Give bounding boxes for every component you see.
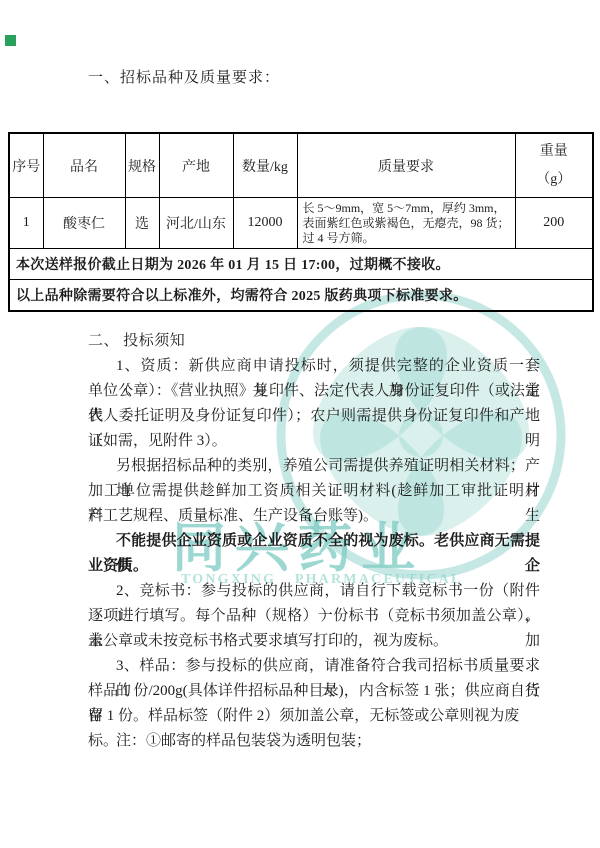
- col-header-name: 品名: [43, 133, 125, 198]
- col-header-weight-line1: 重量: [516, 142, 593, 162]
- notice-line: 2、竞标书：参与投标的供应商，请自行下载竞标书一份（附件 1），: [88, 579, 540, 604]
- tender-items-table: 序号 品名 规格 产地 数量/kg 质量要求 重量 （g） 1 酸枣仁 选 河北…: [8, 132, 594, 312]
- col-header-qty: 数量/kg: [233, 133, 297, 198]
- notice-line: 单位公章）：《营业执照》复印件、法定代表人身份证复印件（或法定代: [88, 379, 540, 404]
- notice-line: 逐项进行填写。每个品种（规格）一份标书（竞标书须加盖公章）。未加: [88, 604, 540, 629]
- green-corner-marker: [5, 35, 16, 46]
- table-row: 1 酸枣仁 选 河北/山东 12000 长 5～9mm，宽 5～7mm，厚约 3…: [9, 198, 593, 249]
- footnote-standard: 以上品种除需要符合以上标准外，均需符合 2025 版药典项下标准要求。: [9, 280, 593, 312]
- table-footnote-row: 本次送样报价截止日期为 2026 年 01 月 15 日 17:00，过期概不接…: [9, 249, 593, 280]
- notice-section: 二、 投标须知 1、资质：新供应商申请投标时，须提供完整的企业资质一套（并加盖单…: [88, 329, 540, 754]
- cell-origin: 河北/山东: [159, 198, 233, 249]
- notice-line: 1、资质：新供应商申请投标时，须提供完整的企业资质一套（并加盖: [88, 354, 540, 379]
- cell-quality: 长 5～9mm，宽 5～7mm，厚约 3mm，表面紫红色或紫褐色，无瘪壳，98 …: [297, 198, 515, 249]
- cell-grade: 选: [125, 198, 159, 249]
- col-header-grade: 规格: [125, 133, 159, 198]
- col-header-weight: 重量 （g）: [515, 133, 593, 198]
- footnote-deadline: 本次送样报价截止日期为 2026 年 01 月 15 日 17:00，过期概不接…: [9, 249, 593, 280]
- notice-line: 不能提供企业资质或企业资质不全的视为废标。老供应商无需提供企: [88, 529, 540, 554]
- table-header-row: 序号 品名 规格 产地 数量/kg 质量要求 重量 （g）: [9, 133, 593, 198]
- col-header-no: 序号: [9, 133, 43, 198]
- notice-line: 3、样品：参与投标的供应商，请准备符合我司招标书质量要求的大货: [88, 654, 540, 679]
- section2-title: 二、 投标须知: [88, 329, 540, 354]
- notice-line: 存 1 份。样品标签（附件 2）须加盖公章，无标签或公章则视为废标。: [88, 704, 540, 729]
- notice-line: 表人委托证明及身份证复印件）；农户则需提供身份证复印件和产地证明: [88, 404, 540, 429]
- notice-line: 加工单位需提供趁鲜加工资质相关证明材料(趁鲜加工审批证明材料、生: [88, 479, 540, 504]
- col-header-weight-line2: （g）: [516, 170, 593, 190]
- table-footnote-row: 以上品种除需要符合以上标准外，均需符合 2025 版药典项下标准要求。: [9, 280, 593, 312]
- cell-no: 1: [9, 198, 43, 249]
- document-page: { "marker_color": "#2aa05d", "watermark"…: [0, 0, 600, 848]
- cell-qty: 12000: [233, 198, 297, 249]
- cell-weight: 200: [515, 198, 593, 249]
- col-header-quality: 质量要求: [297, 133, 515, 198]
- cell-name: 酸枣仁: [43, 198, 125, 249]
- notice-line: 注：①邮寄的样品包装袋为透明包装；: [88, 729, 540, 754]
- notice-line: 另根据招标品种的类别，养殖公司需提供养殖证明相关材料；产地片: [88, 454, 540, 479]
- notice-line: 样品 1 份/200g(具体详件招标品种目录)，内含标签 1 张；供应商自行留: [88, 679, 540, 704]
- col-header-origin: 产地: [159, 133, 233, 198]
- section1-title: 一、招标品种及质量要求：: [88, 66, 280, 87]
